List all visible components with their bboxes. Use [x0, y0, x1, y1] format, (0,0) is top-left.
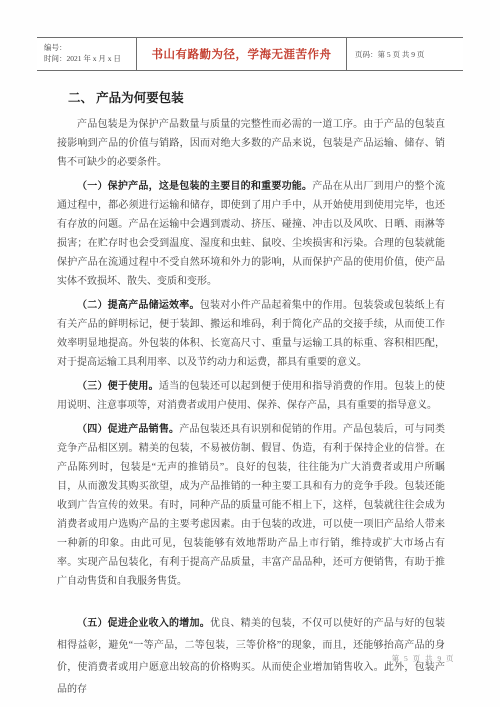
paragraph-lead: （五）促进企业收入的增加。 [77, 618, 210, 629]
section-title: 二、 产品为何要包装 [68, 88, 445, 106]
document-page: 编号： 时间：2021 年 x 月 x 日 书山有路勤为径，学海无涯苦作舟 页码… [0, 0, 500, 707]
paragraph-text: 产品包装是为保护产品数量与质量的完整性而必需的一道工序。由于产品的包装直接影响到… [57, 119, 445, 168]
document-body: 产品包装是为保护产品数量与质量的完整性而必需的一道工序。由于产品的包装直接影响到… [57, 115, 445, 701]
page-header: 编号： 时间：2021 年 x 月 x 日 书山有路勤为径，学海无涯苦作舟 页码… [37, 37, 463, 71]
paragraph-text: 产品在从出厂到用户的整个流通过程中，都必须进行运输和储存，即使到了用户手中，从开… [57, 181, 445, 287]
document-content: 二、 产品为何要包装 产品包装是为保护产品数量与质量的完整性而必需的一道工序。由… [57, 88, 445, 706]
paragraph: （五）促进企业收入的增加。优良、精美的包装，不仅可以使好的产品与好的包装相得益彰… [57, 613, 445, 701]
paragraph-lead: （三）便于使用。 [77, 381, 159, 392]
paragraph: （三）便于使用。适当的包装还可以起到便于使用和指导消费的作用。包装上的使用说明、… [57, 377, 445, 415]
paragraph: 产品包装是为保护产品数量与质量的完整性而必需的一道工序。由于产品的包装直接影响到… [57, 115, 445, 172]
paragraph-lead: （二）提高产品储运效率。 [77, 300, 200, 311]
paragraph-lead: （一）保护产品，这是包装的主要目的和重要功能。 [77, 181, 312, 192]
paragraph-text: 优良、精美的包装，不仅可以使好的产品与好的包装相得益彰，避免“一等产品，二等包装… [57, 618, 445, 695]
header-motto-cell: 书山有路勤为径，学海无涯苦作舟 [137, 38, 346, 70]
header-number-label: 编号： [44, 42, 132, 53]
header-page-cell: 页码：第 5 页 共 9 页 [346, 38, 463, 70]
header-number-time-cell: 编号： 时间：2021 年 x 月 x 日 [37, 38, 137, 70]
footer-page-number: 第 5 页 共 9 页 [392, 653, 455, 664]
header-time-label: 时间：2021 年 x 月 x 日 [44, 53, 132, 64]
header-page-label: 页码：第 5 页 共 9 页 [355, 49, 424, 60]
paragraph-text: 产品包装还具有识别和促销的作用。产品包装后，可与同类竞争产品相区别。精美的包装，… [57, 424, 445, 587]
paragraph: （四）促进产品销售。产品包装还具有识别和促销的作用。产品包装后，可与同类竞争产品… [57, 420, 445, 591]
paragraph: （一）保护产品，这是包装的主要目的和重要功能。产品在从出厂到用户的整个流通过程中… [57, 177, 445, 291]
paragraph-lead: （四）促进产品销售。 [77, 424, 179, 435]
header-motto-text: 书山有路勤为径，学海无涯苦作舟 [152, 46, 332, 62]
paragraph: （二）提高产品储运效率。包装对小件产品起着集中的作用。包装袋或包装纸上有有关产品… [57, 296, 445, 372]
